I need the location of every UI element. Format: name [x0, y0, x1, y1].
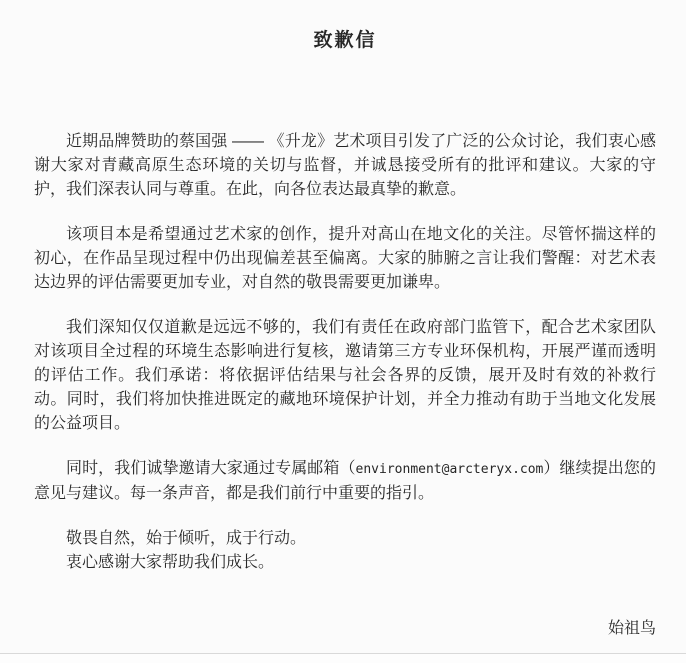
email-paragraph-before: 同时，我们诚挚邀请大家通过专属邮箱（: [66, 460, 356, 477]
letter-paragraph-2: 该项目本是希望通过艺术家的创作，提升对高山在地文化的关注。尽管怀揣这样的初心，在…: [34, 223, 656, 295]
letter-body: 致歉信 近期品牌赞助的蔡国强 —— 《升龙》艺术项目引发了广泛的公众讨论，我们衷…: [0, 0, 686, 654]
letter-paragraph-3: 我们深知仅仅道歉是远远不够的，我们有责任在政府部门监管下，配合艺术家团队对该项目…: [34, 316, 656, 436]
signature-brand-name: 始祖鸟: [34, 617, 656, 641]
letter-paragraph-4: 同时，我们诚挚邀请大家通过专属邮箱（environment@arcteryx.c…: [34, 457, 656, 506]
contact-email-address: environment@arcteryx.com: [356, 462, 544, 477]
closing-line-2: 衷心感谢大家帮助我们成长。: [34, 551, 656, 575]
apology-letter-page: 致歉信 近期品牌赞助的蔡国强 —— 《升龙》艺术项目引发了广泛的公众讨论，我们衷…: [0, 0, 686, 663]
closing-block: 敬畏自然，始于倾听，成于行动。 衷心感谢大家帮助我们成长。: [34, 527, 656, 575]
letter-title: 致歉信: [34, 0, 656, 54]
letter-paragraph-1: 近期品牌赞助的蔡国强 —— 《升龙》艺术项目引发了广泛的公众讨论，我们衷心感谢大…: [34, 130, 656, 202]
closing-line-1: 敬畏自然，始于倾听，成于行动。: [34, 527, 656, 551]
